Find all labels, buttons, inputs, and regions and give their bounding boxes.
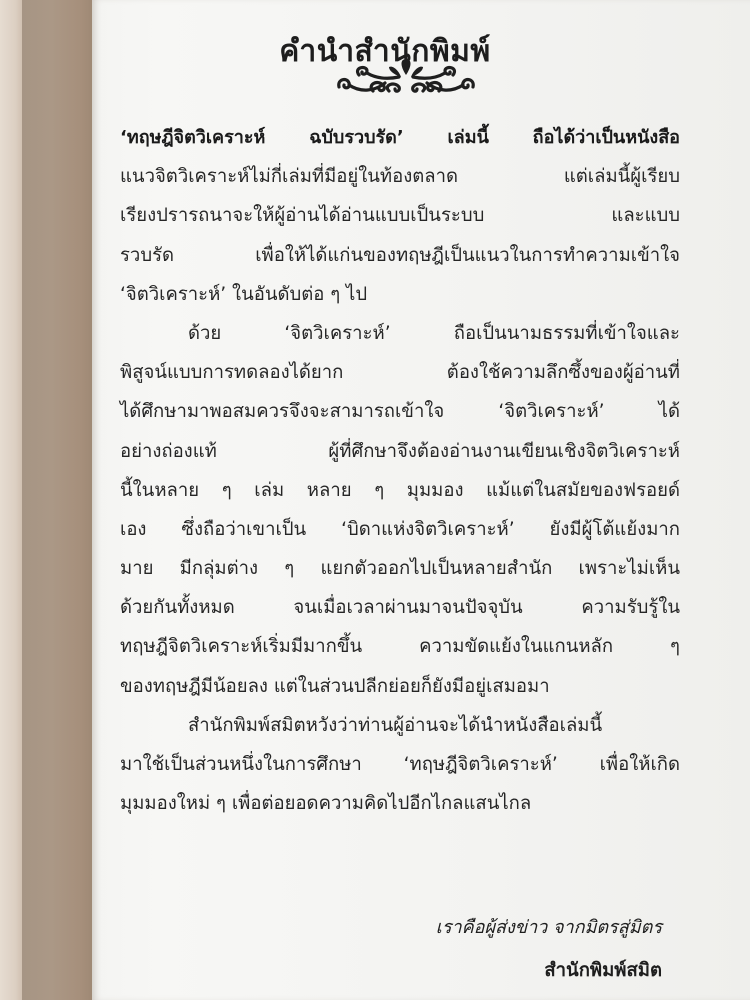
text-line: นี้ในหลาย ๆ เล่ม หลาย ๆ มุมมอง แม้แต่ในส… bbox=[120, 471, 680, 510]
foreword-body: ‘ทฤษฎีจิตวิเคราะห์ ฉบับรวบรัด’ เล่มนี้ ถ… bbox=[120, 118, 680, 823]
text-line: มาใช้เป็นส่วนหนึ่งในการศึกษา ‘ทฤษฎีจิตวิ… bbox=[120, 745, 680, 784]
text-line: มุมมองใหม่ ๆ เพื่อต่อยอดความคิดไปอีกไกลแ… bbox=[120, 784, 680, 823]
text-line: ทฤษฎีจิตวิเคราะห์เริ่มมีมากขึ้น ความขัดแ… bbox=[120, 627, 680, 666]
text-line: ‘จิตวิเคราะห์’ ในอันดับต่อ ๆ ไป bbox=[120, 275, 680, 314]
text-line: รวบรัด เพื่อให้ได้แก่นของทฤษฎีเป็นแนวในก… bbox=[120, 236, 680, 275]
signature-motto: เราคือผู้ส่งข่าว จากมิตรสู่มิตร bbox=[436, 912, 662, 941]
text-line: ด้วย ‘จิตวิเคราะห์’ ถือเป็นนามธรรมที่เข้… bbox=[120, 314, 680, 353]
text-line: อย่างถ่องแท้ ผู้ที่ศึกษาจึงต้องอ่านงานเข… bbox=[120, 432, 680, 471]
text-line: เอง ซึ่งถือว่าเขาเป็น ‘บิดาแห่งจิตวิเครา… bbox=[120, 510, 680, 549]
text-line: ของทฤษฎีมีน้อยลง แต่ในส่วนปลีกย่อยก็ยังม… bbox=[120, 667, 680, 706]
signature-publisher: สำนักพิมพ์สมิต bbox=[544, 956, 662, 985]
book-spine-gutter bbox=[22, 0, 96, 1000]
text-line: เรียงปรารถนาจะให้ผู้อ่านได้อ่านแบบเป็นระ… bbox=[120, 196, 680, 235]
text-line: ‘ทฤษฎีจิตวิเคราะห์ ฉบับรวบรัด’ เล่มนี้ ถ… bbox=[120, 118, 680, 157]
text-line: ด้วยกันทั้งหมด จนเมื่อเวลาผ่านมาจนปัจจุบ… bbox=[120, 588, 680, 627]
text-line: พิสูจน์แบบการทดลองได้ยาก ต้องใช้ความลึกซ… bbox=[120, 353, 680, 392]
text-line: แนวจิตวิเคราะห์ไม่กี่เล่มที่มีอยู่ในท้อง… bbox=[120, 157, 680, 196]
text-line: ได้ศึกษามาพอสมควรจึงจะสามารถเข้าใจ ‘จิตว… bbox=[120, 392, 680, 431]
text-line: มาย มีกลุ่มต่าง ๆ แยกตัวออกไปเป็นหลายสำน… bbox=[120, 549, 680, 588]
flourish-ornament-icon bbox=[333, 57, 479, 97]
text-line: สำนักพิมพ์สมิตหวังว่าท่านผู้อ่านจะได้นำห… bbox=[120, 706, 680, 745]
